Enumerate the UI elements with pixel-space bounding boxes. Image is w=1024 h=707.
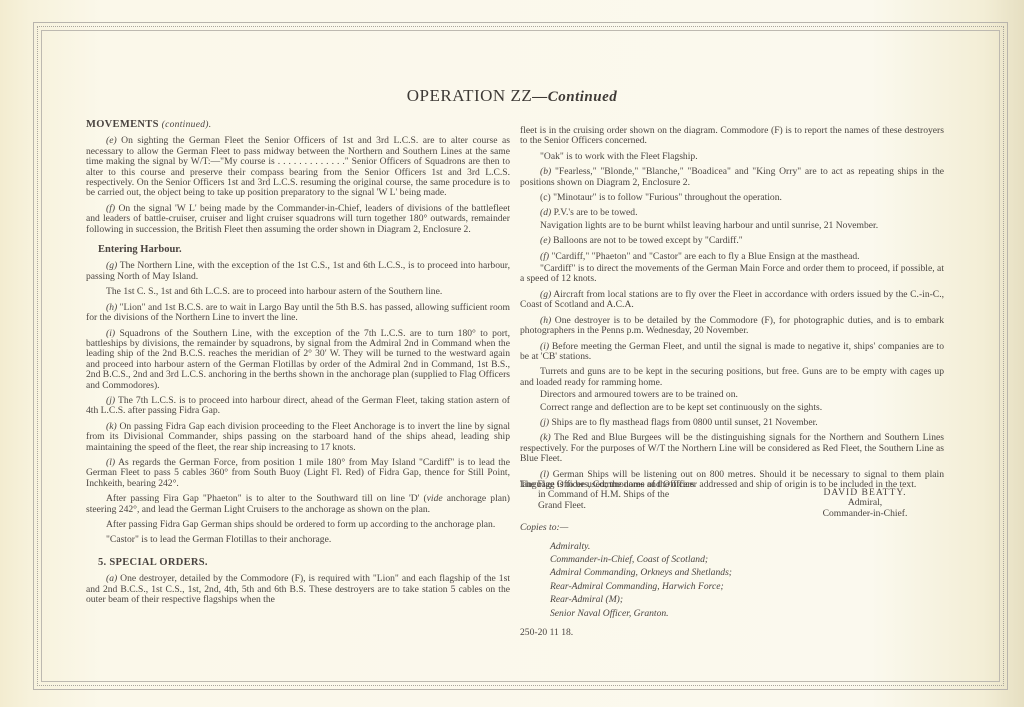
paragraph-l: (l) As regards the German Force, from po… bbox=[86, 458, 510, 489]
special-orders-heading: 5. SPECIAL ORDERS. bbox=[98, 558, 510, 568]
paragraph-g: (g) Aircraft from local stations are to … bbox=[520, 290, 944, 311]
addressee: The Flag Officers, Commodores and Office… bbox=[520, 480, 735, 511]
paragraph-d: (d) P.V.'s are to be towed. bbox=[520, 208, 944, 218]
title-main: OPERATION ZZ bbox=[407, 86, 532, 105]
paragraph-b: (b) "Fearless," "Blonde," "Blanche," "Bo… bbox=[520, 167, 944, 188]
paragraph-j: (j) Ships are to fly masthead flags from… bbox=[520, 418, 944, 428]
paragraph-g2: The 1st C. S., 1st and 6th L.C.S. are to… bbox=[86, 287, 510, 297]
copy-recipient: Senior Naval Officer, Granton. bbox=[550, 607, 944, 620]
closing-block: The Flag Officers, Commodores and Office… bbox=[520, 480, 944, 638]
paragraph-range: Correct range and deflection are to be k… bbox=[520, 403, 944, 413]
paragraph-g: (g) The Northern Line, with the exceptio… bbox=[86, 261, 510, 282]
paragraph-i: (i) Before meeting the German Fleet, and… bbox=[520, 342, 944, 363]
copy-recipient: Admiralty. bbox=[550, 540, 944, 553]
paragraph-h: (h) "Lion" and 1st B.C.S. are to wait in… bbox=[86, 303, 510, 324]
copy-recipient: Admiral Commanding, Orkneys and Shetland… bbox=[550, 566, 944, 579]
paragraph-e: (e) Balloons are not to be towed except … bbox=[520, 236, 944, 246]
paragraph-l3: After passing Fidra Gap German ships sho… bbox=[86, 520, 510, 530]
paragraph-a-continued: fleet is in the cruising order shown on … bbox=[520, 126, 944, 147]
copy-recipient: Rear-Admiral (M); bbox=[550, 593, 944, 606]
paragraph-h: (h) One destroyer is to be detailed by t… bbox=[520, 316, 944, 337]
copies-list: Admiralty. Commander-in-Chief, Coast of … bbox=[550, 540, 944, 620]
copy-recipient: Commander-in-Chief, Coast of Scotland; bbox=[550, 553, 944, 566]
paragraph-e: (e) On sighting the German Fleet the Sen… bbox=[86, 136, 510, 198]
paragraph-l4: "Castor" is to lead the German Flotillas… bbox=[86, 535, 510, 545]
paragraph-a: (a) One destroyer, detailed by the Commo… bbox=[86, 574, 510, 605]
title-continued: —Continued bbox=[532, 89, 617, 105]
signatory-title: Commander-in-Chief. bbox=[800, 509, 930, 519]
paragraph-k: (k) The Red and Blue Burgees will be the… bbox=[520, 433, 944, 464]
copy-recipient: Rear-Admiral Commanding, Harwich Force; bbox=[550, 580, 944, 593]
right-column: fleet is in the cruising order shown on … bbox=[520, 126, 944, 495]
paragraph-l2: After passing Fira Gap "Phaeton" is to a… bbox=[86, 494, 510, 515]
paragraph-f: (f) On the signal 'W L' being made by th… bbox=[86, 204, 510, 235]
entering-harbour-heading: Entering Harbour. bbox=[98, 245, 510, 255]
document-reference: 250-20 11 18. bbox=[520, 628, 944, 638]
paragraph-navigation: Navigation lights are to be burnt whilst… bbox=[520, 221, 944, 231]
signature: DAVID BEATTY. Admiral, Commander-in-Chie… bbox=[800, 488, 930, 519]
paragraph-c: (c) "Minotaur" is to follow "Furious" th… bbox=[520, 193, 944, 203]
movements-heading: MOVEMENTS (continued). bbox=[86, 120, 510, 130]
paragraph-i: (i) Squadrons of the Southern Line, with… bbox=[86, 329, 510, 391]
left-column: MOVEMENTS (continued). (e) On sighting t… bbox=[86, 118, 510, 610]
paragraph-k: (k) On passing Fidra Gap each division p… bbox=[86, 422, 510, 453]
paragraph-directors: Directors and armoured towers are to be … bbox=[520, 390, 944, 400]
paragraph-j: (j) The 7th L.C.S. is to proceed into ha… bbox=[86, 396, 510, 417]
paragraph-f2: "Cardiff" is to direct the movements of … bbox=[520, 264, 944, 285]
paragraph-turrets: Turrets and guns are to be kept in the s… bbox=[520, 367, 944, 388]
paragraph-f: (f) "Cardiff," "Phaeton" and "Castor" ar… bbox=[520, 252, 944, 262]
page-title: OPERATION ZZ—Continued bbox=[0, 86, 1024, 106]
copies-label: Copies to:— bbox=[520, 523, 944, 533]
paragraph-oak: "Oak" is to work with the Fleet Flagship… bbox=[520, 152, 944, 162]
